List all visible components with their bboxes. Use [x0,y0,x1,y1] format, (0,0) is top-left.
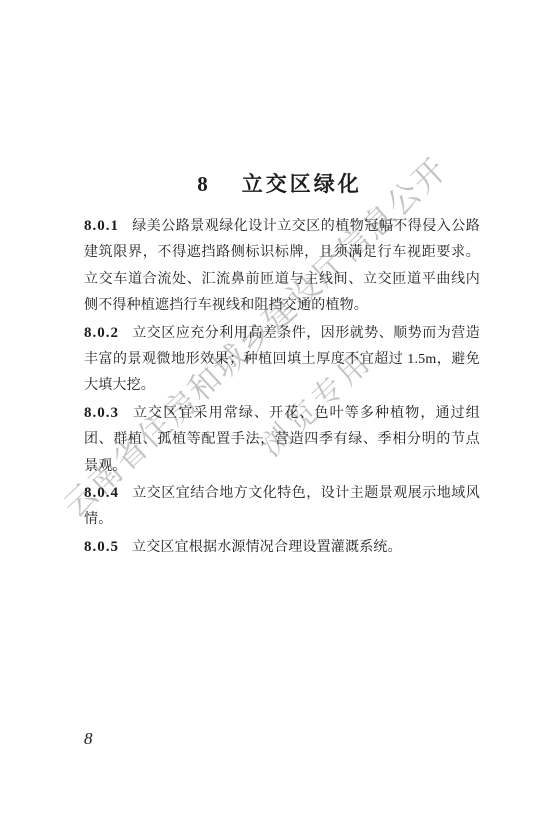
clause-number: 8.0.4 [84,485,119,501]
clause-text: 立交区宜结合地方文化特色，设计主题景观展示地域风情。 [84,486,480,527]
page-number: 8 [84,729,93,749]
page-content: 8立交区绿化 8.0.1绿美公路景观绿化设计立交区的植物冠幅不得侵入公路建筑限界… [0,0,559,816]
clause-text: 立交区宜根据水源情况合理设置灌溉系统。 [132,540,402,555]
clause-list: 8.0.1绿美公路景观绿化设计立交区的植物冠幅不得侵入公路建筑限界，不得遮挡路侧… [84,213,480,561]
chapter-title: 8立交区绿化 [0,168,559,198]
clause-text: 绿美公路景观绿化设计立交区的植物冠幅不得侵入公路建筑限界，不得遮挡路侧标识标牌，… [84,219,480,313]
clause-paragraph: 8.0.2立交区应充分利用高差条件，因形就势、顺势而为营造丰富的景观微地形效果；… [84,320,480,400]
clause-number: 8.0.1 [84,218,119,234]
clause-text: 立交区应充分利用高差条件，因形就势、顺势而为营造丰富的景观微地形效果；种植回填土… [84,326,480,394]
document-page: 云南省住房和城乡建设厅信息公开 浏览专用 8立交区绿化 8.0.1绿美公路景观绿… [0,0,559,816]
chapter-number: 8 [197,172,208,196]
clause-paragraph: 8.0.1绿美公路景观绿化设计立交区的植物冠幅不得侵入公路建筑限界，不得遮挡路侧… [84,213,480,320]
clause-paragraph: 8.0.4立交区宜结合地方文化特色，设计主题景观展示地域风情。 [84,480,480,534]
chapter-title-text: 立交区绿化 [242,172,362,196]
clause-number: 8.0.5 [84,539,119,555]
clause-number: 8.0.3 [84,405,119,421]
clause-paragraph: 8.0.5立交区宜根据水源情况合理设置灌溉系统。 [84,534,480,561]
clause-text: 立交区宜采用常绿、开花、色叶等多种植物，通过组团、群植、孤植等配置手法，营造四季… [84,406,480,474]
clause-number: 8.0.2 [84,325,119,341]
clause-paragraph: 8.0.3立交区宜采用常绿、开花、色叶等多种植物，通过组团、群植、孤植等配置手法… [84,400,480,480]
